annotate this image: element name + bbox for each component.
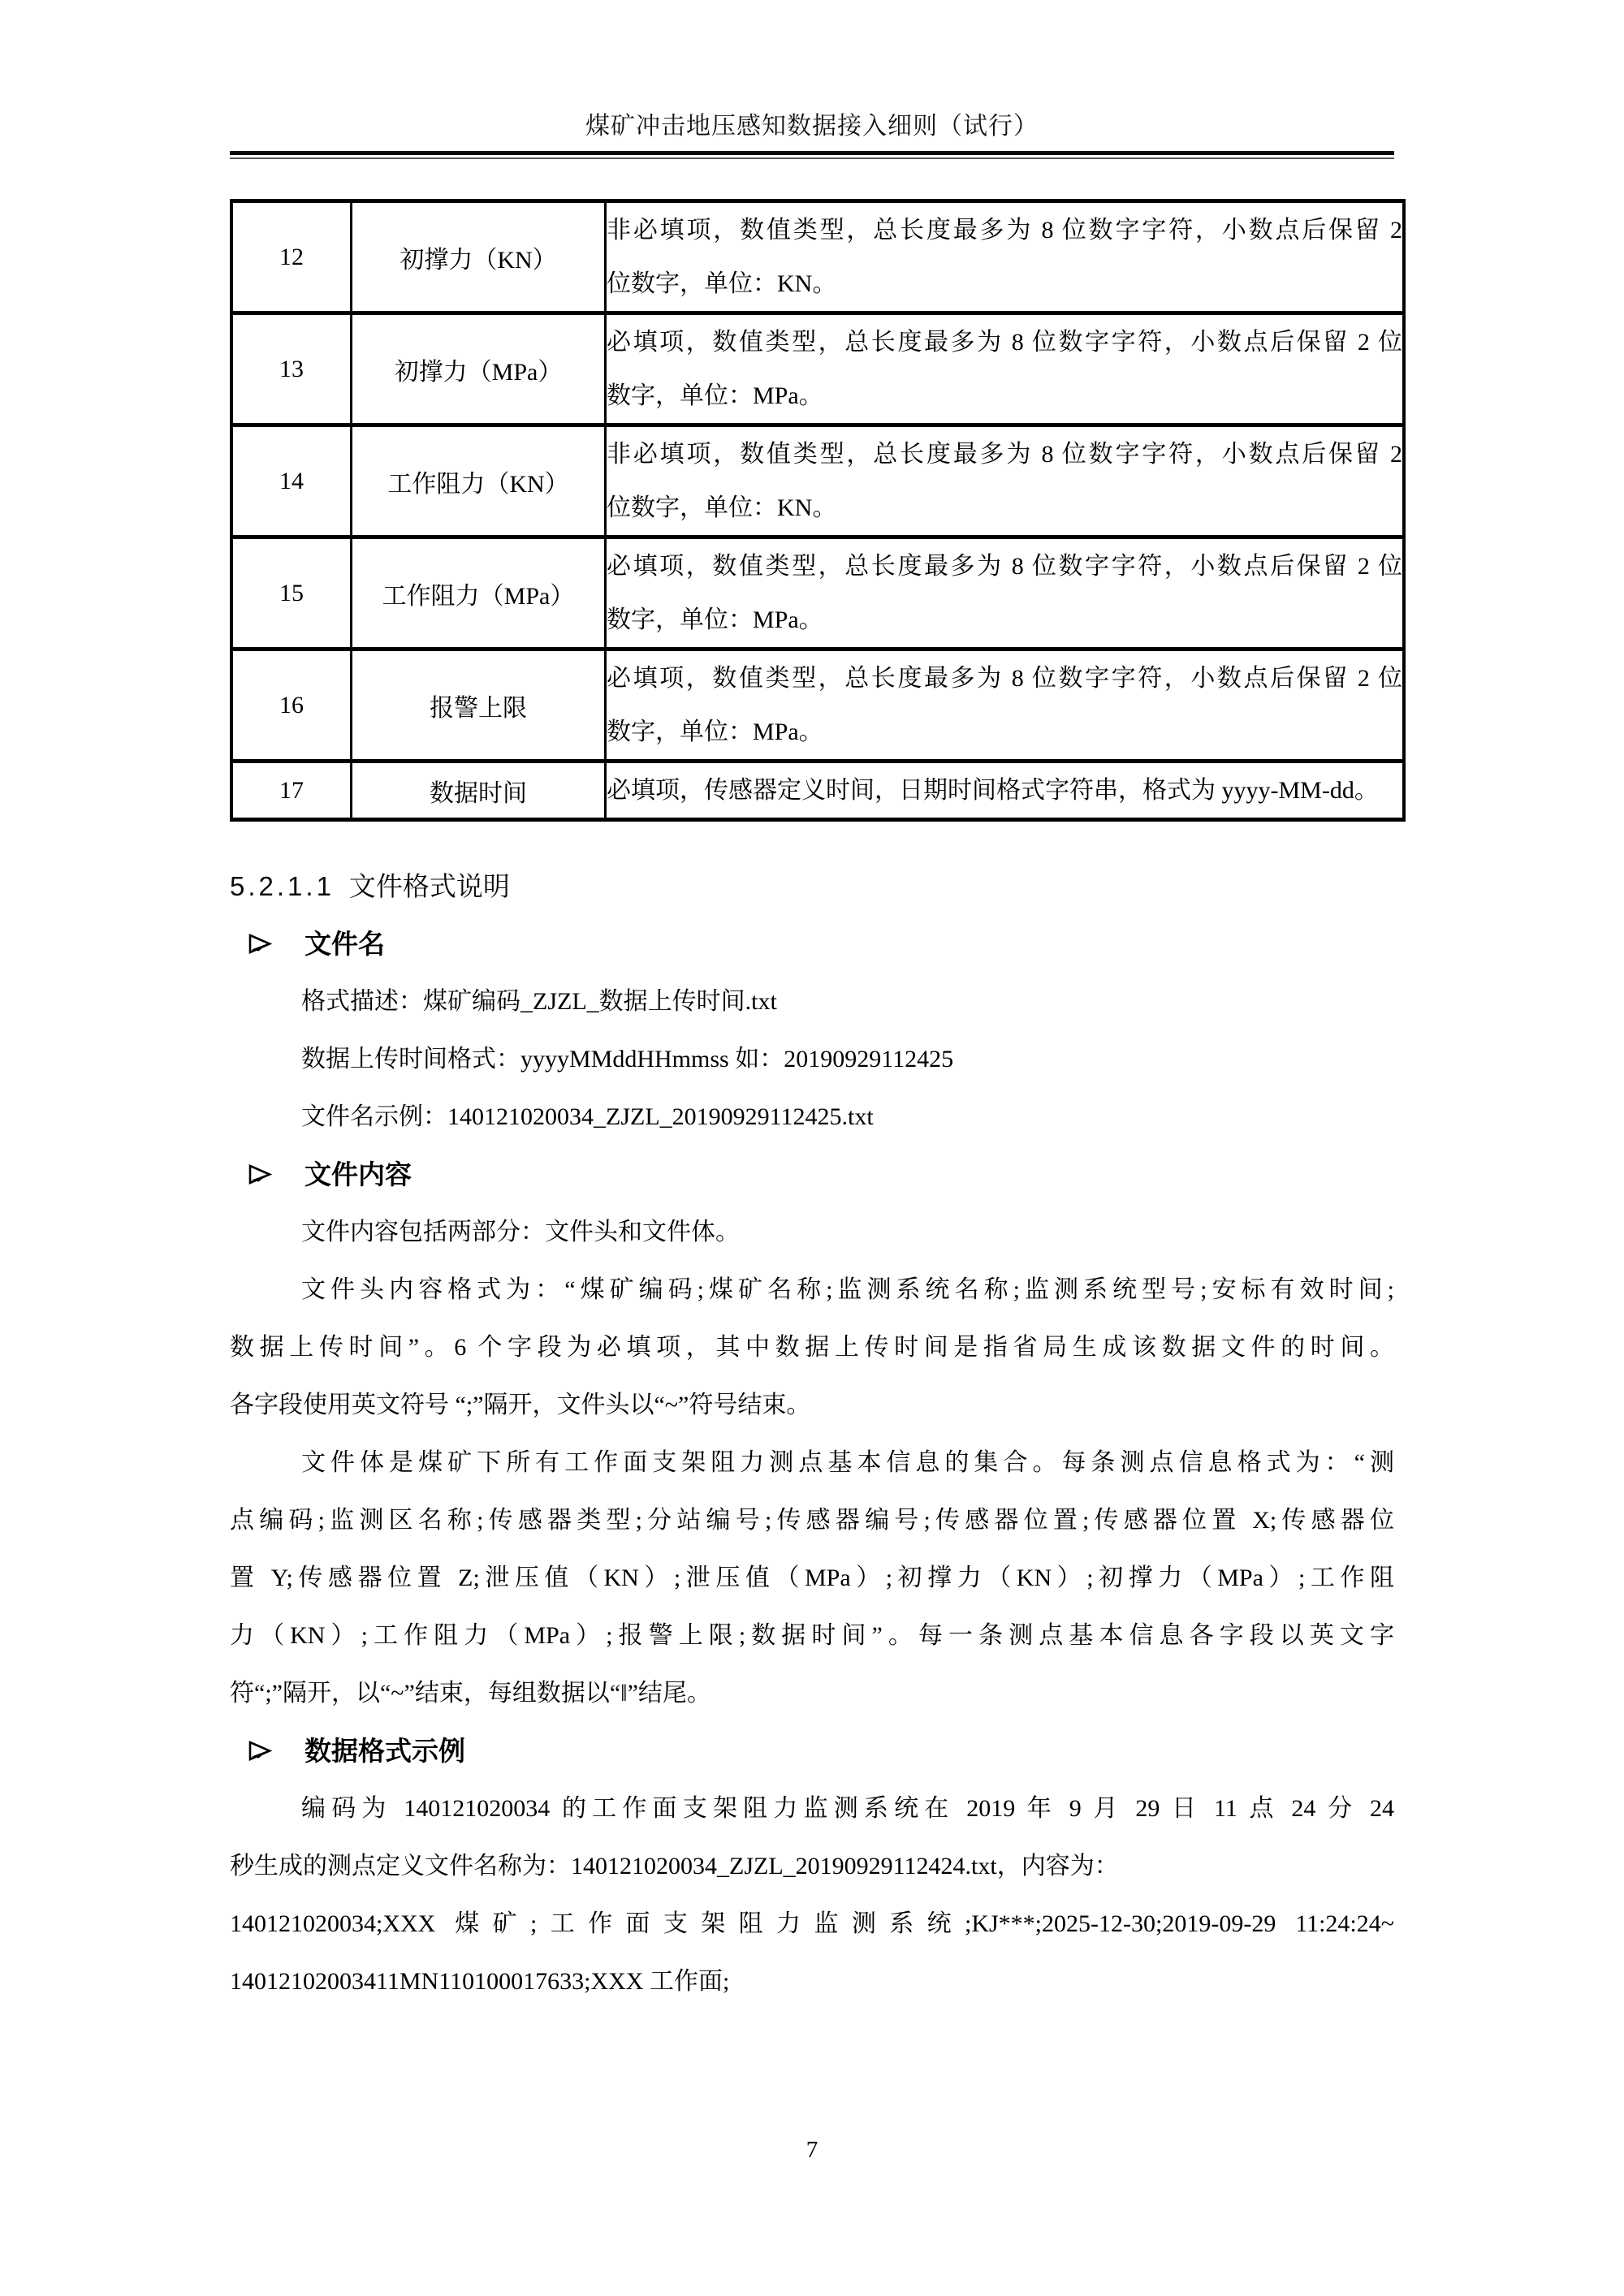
section-heading: 5.2.1.1文件格式说明 [230,857,1394,915]
text-line: 文件体是煤矿下所有工作面支架阻力测点基本信息的集合。每条测点信息格式为：“测 [230,1434,1394,1491]
field-desc-cell: 必填项，数值类型，总长度最多为 8 位数字字符，小数点后保留 2 位数字，单位：… [606,313,1405,425]
list-item: 文件名 [230,915,1394,973]
field-name-cell: 初撑力（KN） [352,201,606,313]
desc-line: 必填项，数值类型，总长度最多为 8 位数字字符，小数点后保留 2 位 [607,652,1402,706]
row-number-cell: 16 [231,650,352,762]
table-row: 15工作阻力（MPa）必填项，数值类型，总长度最多为 8 位数字字符，小数点后保… [231,537,1404,650]
field-name-cell: 初撑力（MPa） [352,313,606,425]
desc-line: 数字，单位：MPa。 [607,706,1402,759]
desc-line: 非必填项，数值类型，总长度最多为 8 位数字字符，小数点后保留 2 [607,204,1402,257]
table-row: 13初撑力（MPa）必填项，数值类型，总长度最多为 8 位数字字符，小数点后保留… [231,313,1404,425]
desc-line: 必填项，数值类型，总长度最多为 8 位数字字符，小数点后保留 2 位 [607,540,1402,593]
text-line: 力（KN）;工作阻力（MPa）;报警上限;数据时间”。每一条测点基本信息各字段以… [230,1607,1394,1664]
list-item-label: 数据格式示例 [304,1722,465,1780]
table-row: 14工作阻力（KN）非必填项，数值类型，总长度最多为 8 位数字字符，小数点后保… [231,425,1404,537]
text-line: 各字段使用英文符号 “;”隔开，文件头以“~”符号结束。 [230,1376,1394,1434]
field-desc-cell: 必填项，传感器定义时间，日期时间格式字符串，格式为 yyyy-MM-dd。 [606,762,1405,820]
heading-number: 5.2.1.1 [230,871,335,901]
desc-line: 必填项，数值类型，总长度最多为 8 位数字字符，小数点后保留 2 位 [607,316,1402,369]
row-number-cell: 15 [231,537,352,650]
field-desc-cell: 必填项，数值类型，总长度最多为 8 位数字字符，小数点后保留 2 位数字，单位：… [606,537,1405,650]
desc-line: 非必填项，数值类型，总长度最多为 8 位数字字符，小数点后保留 2 [607,428,1402,481]
heading-title: 文件格式说明 [349,871,510,901]
field-name-cell: 工作阻力（MPa） [352,537,606,650]
field-spec-table: 12初撑力（KN）非必填项，数值类型，总长度最多为 8 位数字字符，小数点后保留… [230,199,1406,822]
arrowhead-bullet-icon [248,918,272,976]
desc-line: 数字，单位：MPa。 [607,369,1402,423]
text-line: 140121020034;XXX 煤矿;工作面支架阻力监测系统;KJ***;20… [230,1895,1394,1953]
field-spec-table-body: 12初撑力（KN）非必填项，数值类型，总长度最多为 8 位数字字符，小数点后保留… [231,201,1404,820]
row-number-cell: 17 [231,762,352,820]
row-number-cell: 14 [231,425,352,537]
text-line: 数据上传时间格式：yyyyMMddHHmmss 如：20190929112425 [230,1030,1394,1088]
text-line: 编码为 140121020034 的工作面支架阻力监测系统在 2019 年 9 … [230,1780,1394,1837]
text-line: 秒生成的测点定义文件名称为：140121020034_ZJZL_20190929… [230,1837,1394,1895]
text-line: 文件内容包括两部分：文件头和文件体。 [230,1203,1394,1261]
list-item: 文件内容 [230,1146,1394,1203]
text-line: 文件名示例：140121020034_ZJZL_20190929112425.t… [230,1088,1394,1146]
table-row: 12初撑力（KN）非必填项，数值类型，总长度最多为 8 位数字字符，小数点后保留… [231,201,1404,313]
text-line: 数据上传时间”。6 个字段为必填项，其中数据上传时间是指省局生成该数据文件的时间… [230,1318,1394,1376]
page-number: 7 [0,2137,1624,2164]
document-page: 煤矿冲击地压感知数据接入细则（试行） 12初撑力（KN）非必填项，数值类型，总长… [0,0,1624,2296]
text-line: 14012102003411MN110100017633;XXX 工作面; [230,1953,1394,2010]
field-name-cell: 数据时间 [352,762,606,820]
row-number-cell: 12 [231,201,352,313]
text-line: 置 Y;传感器位置 Z;泄压值（KN）;泄压值（MPa）;初撑力（KN）;初撑力… [230,1549,1394,1607]
desc-line: 位数字，单位：KN。 [607,257,1402,311]
header-rule-thin [230,158,1394,159]
field-name-cell: 工作阻力（KN） [352,425,606,537]
desc-line: 位数字，单位：KN。 [607,481,1402,535]
desc-line: 必填项，传感器定义时间，日期时间格式字符串，格式为 yyyy-MM-dd。 [607,764,1402,818]
field-desc-cell: 非必填项，数值类型，总长度最多为 8 位数字字符，小数点后保留 2位数字，单位：… [606,201,1405,313]
text-line: 格式描述：煤矿编码_ZJZL_数据上传时间.txt [230,973,1394,1030]
header-rule-thick [230,151,1394,155]
table-row: 17数据时间必填项，传感器定义时间，日期时间格式字符串，格式为 yyyy-MM-… [231,762,1404,820]
text-line: 文件头内容格式为：“煤矿编码;煤矿名称;监测系统名称;监测系统型号;安标有效时间… [230,1261,1394,1318]
row-number-cell: 13 [231,313,352,425]
list-item-label: 文件内容 [304,1146,412,1203]
table-row: 16报警上限必填项，数值类型，总长度最多为 8 位数字字符，小数点后保留 2 位… [231,650,1404,762]
arrowhead-bullet-icon [248,1725,272,1783]
list-item: 数据格式示例 [230,1722,1394,1780]
field-name-cell: 报警上限 [352,650,606,762]
list-item-label: 文件名 [304,915,385,973]
header-title: 煤矿冲击地压感知数据接入细则（试行） [0,106,1624,141]
arrowhead-bullet-icon [248,1149,272,1206]
section-content: 5.2.1.1文件格式说明文件名格式描述：煤矿编码_ZJZL_数据上传时间.tx… [230,857,1394,2010]
field-desc-cell: 必填项，数值类型，总长度最多为 8 位数字字符，小数点后保留 2 位数字，单位：… [606,650,1405,762]
text-line: 符“;”隔开，以“~”结束，每组数据以“‖”结尾。 [230,1664,1394,1722]
field-desc-cell: 非必填项，数值类型，总长度最多为 8 位数字字符，小数点后保留 2位数字，单位：… [606,425,1405,537]
desc-line: 数字，单位：MPa。 [607,593,1402,647]
text-line: 点编码;监测区名称;传感器类型;分站编号;传感器编号;传感器位置;传感器位置 X… [230,1491,1394,1549]
